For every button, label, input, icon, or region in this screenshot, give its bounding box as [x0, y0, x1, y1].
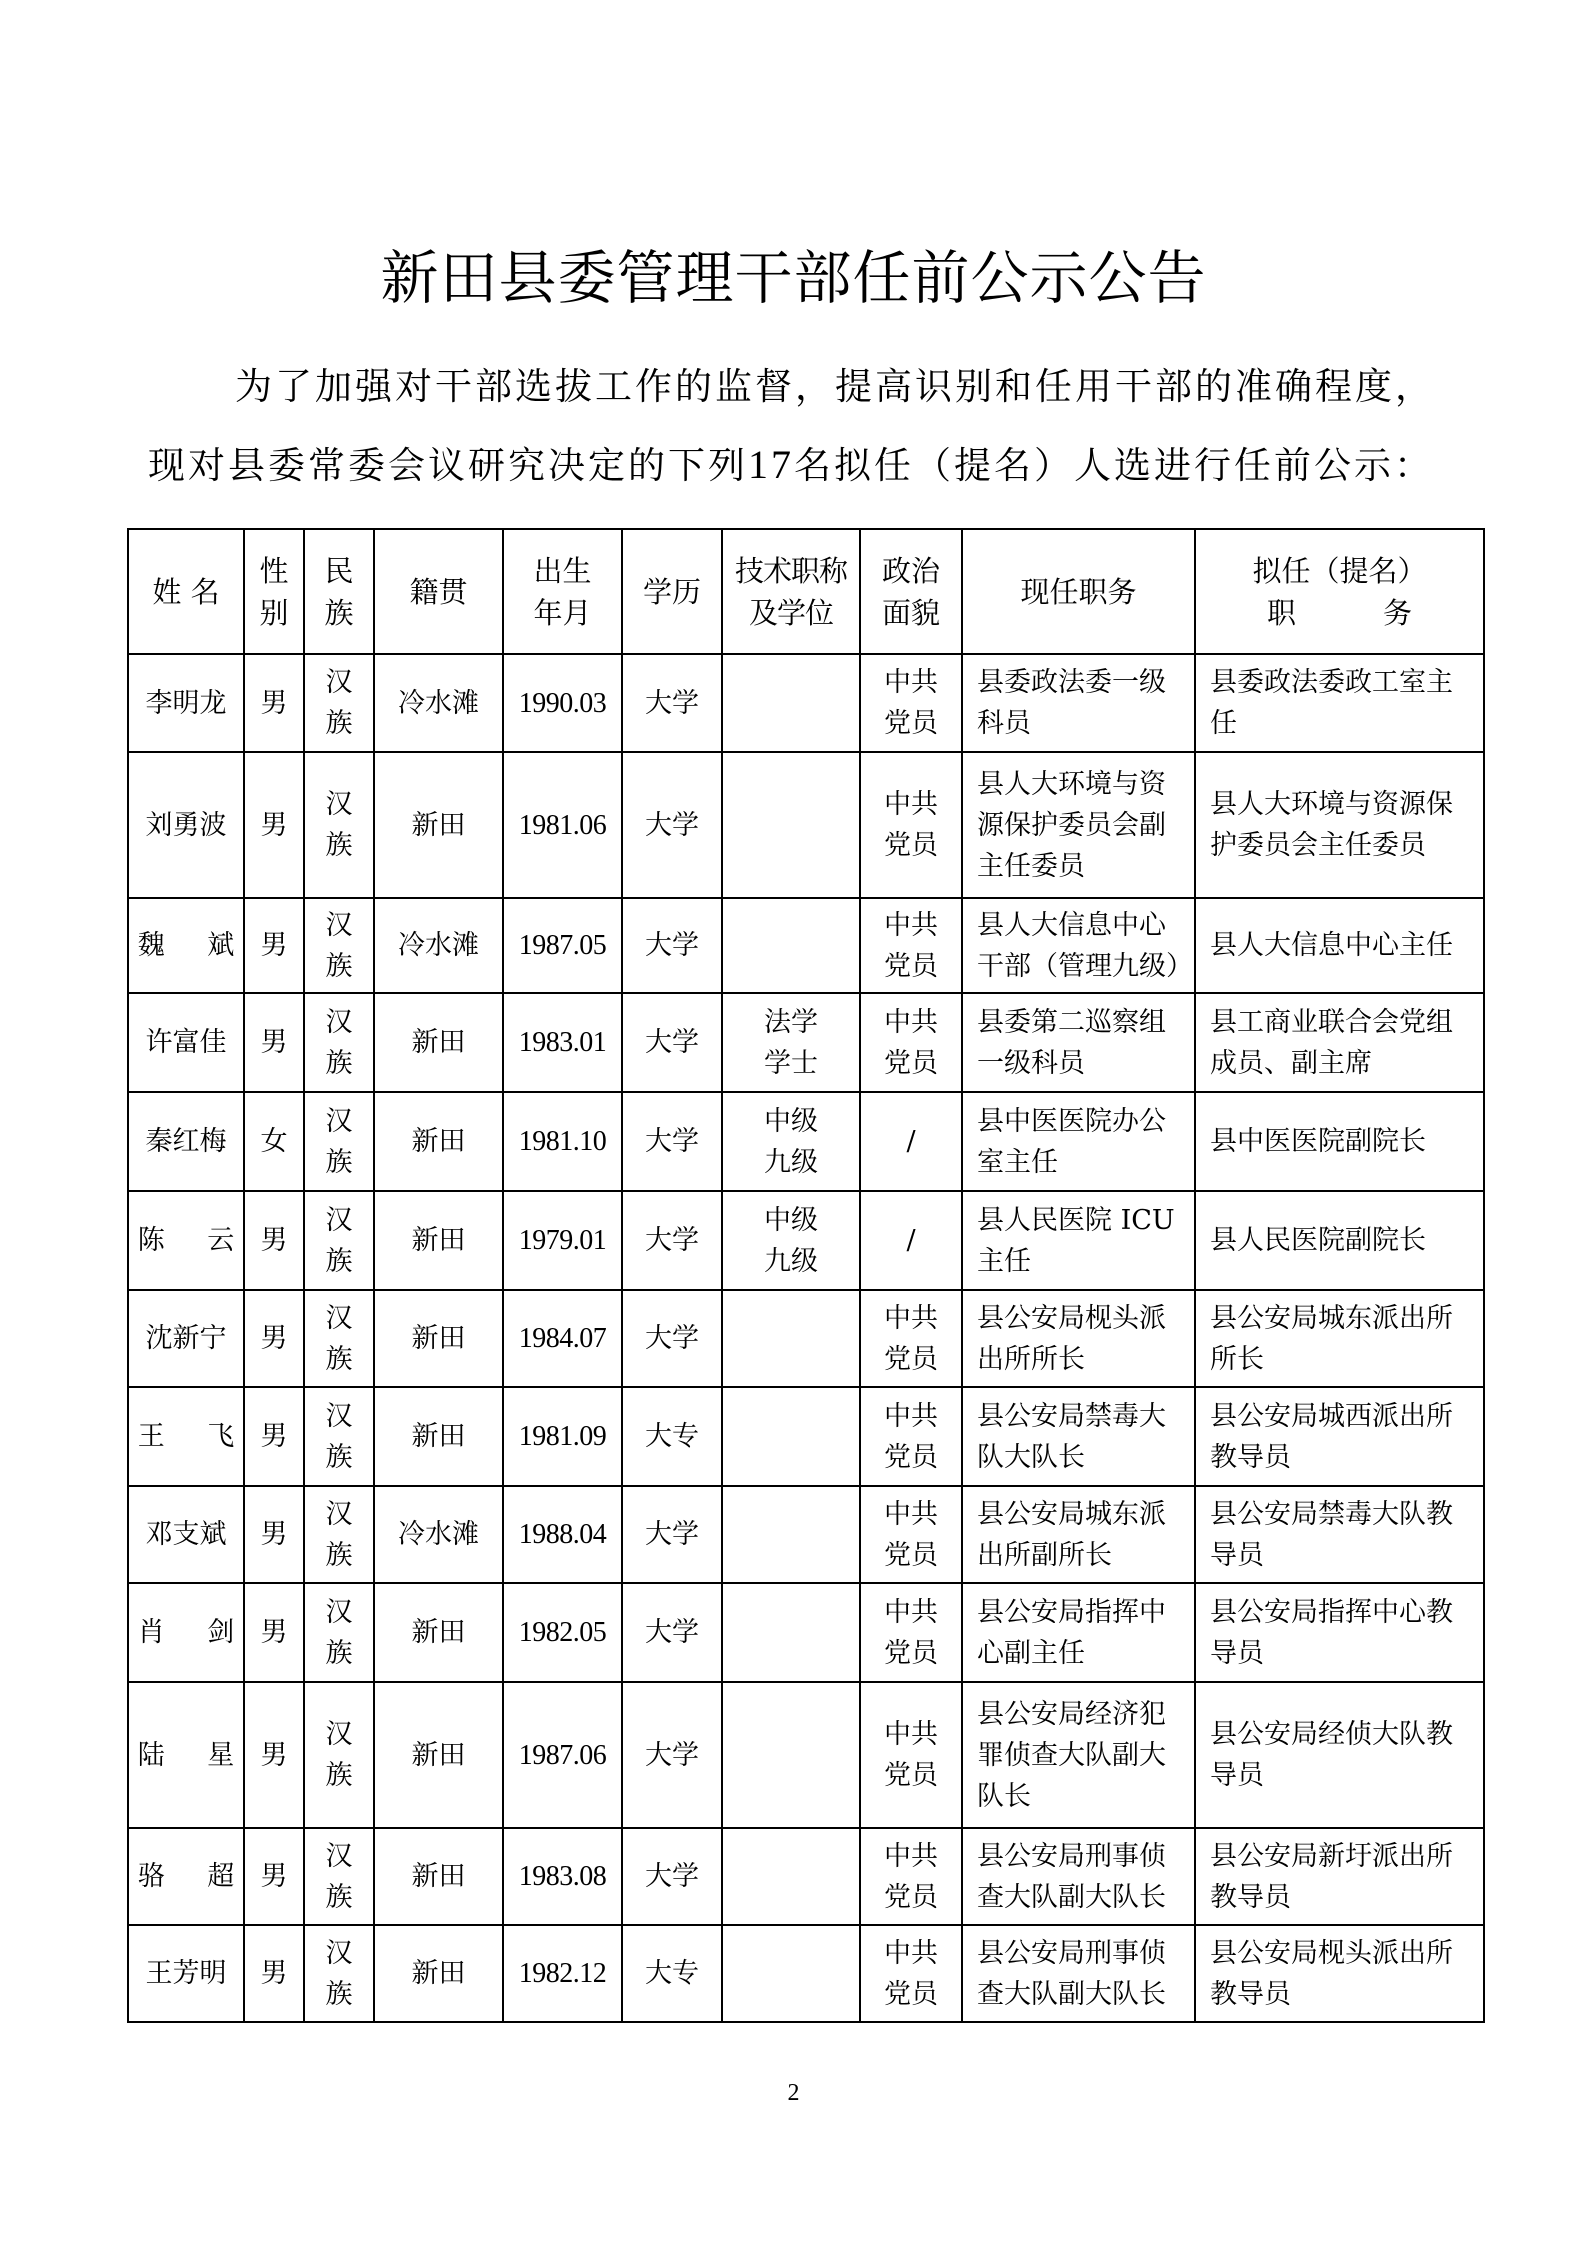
- cell-name: 邓支斌: [128, 1486, 244, 1583]
- cell-birth: 1987.06: [503, 1682, 622, 1828]
- cell-name: 陈 云: [128, 1191, 244, 1290]
- cell-title-degree: [722, 1290, 860, 1387]
- cell-political-status: 中共党员: [860, 1682, 962, 1828]
- header-political-status: 政治面貌: [860, 529, 962, 654]
- cell-name: 骆 超: [128, 1828, 244, 1925]
- cell-title-degree: [722, 752, 860, 898]
- cell-current-position: 县公安局枧头派出所所长: [962, 1290, 1195, 1387]
- cell-current-position: 县公安局经济犯罪侦查大队副大队长: [962, 1682, 1195, 1828]
- cell-name: 魏 斌: [128, 898, 244, 993]
- table-row: 魏 斌男汉族冷水滩1987.05大学中共党员县人大信息中心干部（管理九级）县人大…: [128, 898, 1484, 993]
- table-row: 骆 超男汉族新田1983.08大学中共党员县公安局刑事侦查大队副大队长县公安局新…: [128, 1828, 1484, 1925]
- cell-proposed-position: 县公安局指挥中心教导员: [1195, 1583, 1484, 1682]
- cell-gender: 男: [244, 898, 304, 993]
- cell-birth: 1984.07: [503, 1290, 622, 1387]
- cell-current-position: 县公安局城东派出所副所长: [962, 1486, 1195, 1583]
- cell-title-degree: [722, 898, 860, 993]
- cell-ethnicity: 汉族: [304, 993, 374, 1092]
- cell-name: 肖 剑: [128, 1583, 244, 1682]
- cell-gender: 男: [244, 993, 304, 1092]
- cell-birth: 1981.06: [503, 752, 622, 898]
- intro-prefix: 现对县委常委会议研究决定的下列: [148, 444, 748, 487]
- cell-native-place: 新田: [374, 1092, 503, 1191]
- table-row: 李明龙男汉族冷水滩1990.03大学中共党员县委政法委一级科员县委政法委政工室主…: [128, 654, 1484, 752]
- cell-title-degree: 法学学士: [722, 993, 860, 1092]
- cell-birth: 1983.01: [503, 993, 622, 1092]
- cell-name: 许富佳: [128, 993, 244, 1092]
- candidate-table: 姓 名 性别 民族 籍贯 出生年月 学历 技术职称及学位 政治面貌 现任职务 拟…: [127, 528, 1485, 2023]
- cell-proposed-position: 县工商业联合会党组成员、副主席: [1195, 993, 1484, 1092]
- cell-education: 大学: [622, 1486, 722, 1583]
- cell-gender: 男: [244, 1583, 304, 1682]
- cell-proposed-position: 县公安局枧头派出所教导员: [1195, 1925, 1484, 2022]
- cell-proposed-position: 县公安局城东派出所所长: [1195, 1290, 1484, 1387]
- cell-birth: 1990.03: [503, 654, 622, 752]
- cell-birth: 1987.05: [503, 898, 622, 993]
- cell-current-position: 县公安局指挥中心副主任: [962, 1583, 1195, 1682]
- cell-education: 大学: [622, 1191, 722, 1290]
- cell-gender: 男: [244, 654, 304, 752]
- table-header-row: 姓 名 性别 民族 籍贯 出生年月 学历 技术职称及学位 政治面貌 现任职务 拟…: [128, 529, 1484, 654]
- cell-gender: 男: [244, 1191, 304, 1290]
- cell-ethnicity: 汉族: [304, 1092, 374, 1191]
- cell-current-position: 县公安局刑事侦查大队副大队长: [962, 1925, 1195, 2022]
- header-gender: 性别: [244, 529, 304, 654]
- cell-birth: 1982.05: [503, 1583, 622, 1682]
- cell-education: 大专: [622, 1387, 722, 1486]
- cell-ethnicity: 汉族: [304, 1486, 374, 1583]
- table-row: 许富佳男汉族新田1983.01大学法学学士中共党员县委第二巡察组一级科员县工商业…: [128, 993, 1484, 1092]
- cell-education: 大专: [622, 1925, 722, 2022]
- cell-gender: 男: [244, 1387, 304, 1486]
- cell-proposed-position: 县人大信息中心主任: [1195, 898, 1484, 993]
- cell-proposed-position: 县人大环境与资源保护委员会主任委员: [1195, 752, 1484, 898]
- cell-native-place: 冷水滩: [374, 654, 503, 752]
- page-number: 2: [0, 2080, 1587, 2107]
- cell-name: 刘勇波: [128, 752, 244, 898]
- document-title: 新田县委管理干部任前公示公告: [0, 238, 1587, 318]
- cell-native-place: 冷水滩: [374, 898, 503, 993]
- cell-title-degree: [722, 1387, 860, 1486]
- header-title-degree: 技术职称及学位: [722, 529, 860, 654]
- cell-political-status: 中共党员: [860, 752, 962, 898]
- cell-ethnicity: 汉族: [304, 1387, 374, 1486]
- table-row: 邓支斌男汉族冷水滩1988.04大学中共党员县公安局城东派出所副所长县公安局禁毒…: [128, 1486, 1484, 1583]
- header-native-place: 籍贯: [374, 529, 503, 654]
- cell-native-place: 新田: [374, 993, 503, 1092]
- cell-gender: 男: [244, 1290, 304, 1387]
- cell-political-status: 中共党员: [860, 654, 962, 752]
- cell-ethnicity: 汉族: [304, 1290, 374, 1387]
- cell-native-place: 新田: [374, 1191, 503, 1290]
- table-row: 刘勇波男汉族新田1981.06大学中共党员县人大环境与资源保护委员会副主任委员县…: [128, 752, 1484, 898]
- cell-title-degree: [722, 1583, 860, 1682]
- cell-title-degree: 中级九级: [722, 1092, 860, 1191]
- cell-current-position: 县公安局刑事侦查大队副大队长: [962, 1828, 1195, 1925]
- cell-political-status: 中共党员: [860, 1486, 962, 1583]
- cell-proposed-position: 县公安局新圩派出所教导员: [1195, 1828, 1484, 1925]
- table-row: 王芳明男汉族新田1982.12大专中共党员县公安局刑事侦查大队副大队长县公安局枧…: [128, 1925, 1484, 2022]
- cell-proposed-position: 县人民医院副院长: [1195, 1191, 1484, 1290]
- cell-gender: 男: [244, 752, 304, 898]
- cell-current-position: 县人民医院 ICU 主任: [962, 1191, 1195, 1290]
- header-current-position: 现任职务: [962, 529, 1195, 654]
- cell-birth: 1988.04: [503, 1486, 622, 1583]
- cell-political-status: 中共党员: [860, 1583, 962, 1682]
- cell-name: 王芳明: [128, 1925, 244, 2022]
- intro-suffix: 名拟任（提名）人选进行任前公示：: [794, 444, 1434, 487]
- cell-ethnicity: 汉族: [304, 1925, 374, 2022]
- cell-ethnicity: 汉族: [304, 654, 374, 752]
- cell-title-degree: [722, 1682, 860, 1828]
- cell-education: 大学: [622, 654, 722, 752]
- cell-proposed-position: 县委政法委政工室主任: [1195, 654, 1484, 752]
- cell-political-status: /: [860, 1191, 962, 1290]
- cell-native-place: 新田: [374, 752, 503, 898]
- cell-title-degree: [722, 1828, 860, 1925]
- cell-ethnicity: 汉族: [304, 1682, 374, 1828]
- cell-proposed-position: 县公安局经侦大队教导员: [1195, 1682, 1484, 1828]
- cell-proposed-position: 县公安局禁毒大队教导员: [1195, 1486, 1484, 1583]
- cell-proposed-position: 县公安局城西派出所教导员: [1195, 1387, 1484, 1486]
- cell-current-position: 县公安局禁毒大队大队长: [962, 1387, 1195, 1486]
- intro-paragraph-line-1: 为了加强对干部选拔工作的监督，提高识别和任用干部的准确程度，: [235, 362, 1565, 412]
- cell-ethnicity: 汉族: [304, 1828, 374, 1925]
- cell-birth: 1983.08: [503, 1828, 622, 1925]
- cell-gender: 男: [244, 1486, 304, 1583]
- cell-gender: 男: [244, 1925, 304, 2022]
- cell-current-position: 县中医医院办公室主任: [962, 1092, 1195, 1191]
- cell-education: 大学: [622, 898, 722, 993]
- cell-birth: 1981.09: [503, 1387, 622, 1486]
- table-row: 陆 星男汉族新田1987.06大学中共党员县公安局经济犯罪侦查大队副大队长县公安…: [128, 1682, 1484, 1828]
- cell-native-place: 新田: [374, 1682, 503, 1828]
- header-name: 姓 名: [128, 529, 244, 654]
- cell-title-degree: [722, 1925, 860, 2022]
- cell-gender: 男: [244, 1682, 304, 1828]
- cell-political-status: 中共党员: [860, 1925, 962, 2022]
- cell-political-status: 中共党员: [860, 898, 962, 993]
- cell-native-place: 新田: [374, 1290, 503, 1387]
- table-row: 肖 剑男汉族新田1982.05大学中共党员县公安局指挥中心副主任县公安局指挥中心…: [128, 1583, 1484, 1682]
- cell-title-degree: [722, 1486, 860, 1583]
- cell-political-status: 中共党员: [860, 1290, 962, 1387]
- cell-education: 大学: [622, 993, 722, 1092]
- cell-ethnicity: 汉族: [304, 1583, 374, 1682]
- cell-current-position: 县委第二巡察组一级科员: [962, 993, 1195, 1092]
- cell-current-position: 县人大环境与资源保护委员会副主任委员: [962, 752, 1195, 898]
- cell-birth: 1979.01: [503, 1191, 622, 1290]
- table-row: 沈新宁男汉族新田1984.07大学中共党员县公安局枧头派出所所长县公安局城东派出…: [128, 1290, 1484, 1387]
- intro-paragraph-line-2: 现对县委常委会议研究决定的下列17名拟任（提名）人选进行任前公示：: [148, 440, 1478, 491]
- cell-education: 大学: [622, 1828, 722, 1925]
- cell-gender: 女: [244, 1092, 304, 1191]
- header-education: 学历: [622, 529, 722, 654]
- cell-native-place: 冷水滩: [374, 1486, 503, 1583]
- header-birth: 出生年月: [503, 529, 622, 654]
- cell-title-degree: [722, 654, 860, 752]
- cell-name: 李明龙: [128, 654, 244, 752]
- cell-education: 大学: [622, 1092, 722, 1191]
- cell-ethnicity: 汉族: [304, 898, 374, 993]
- header-proposed-position: 拟任（提名）职 务: [1195, 529, 1484, 654]
- table-row: 陈 云男汉族新田1979.01大学中级九级/县人民医院 ICU 主任县人民医院副…: [128, 1191, 1484, 1290]
- table-row: 秦红梅女汉族新田1981.10大学中级九级/县中医医院办公室主任县中医医院副院长: [128, 1092, 1484, 1191]
- table-row: 王 飞男汉族新田1981.09大专中共党员县公安局禁毒大队大队长县公安局城西派出…: [128, 1387, 1484, 1486]
- cell-name: 王 飞: [128, 1387, 244, 1486]
- cell-political-status: 中共党员: [860, 1387, 962, 1486]
- cell-education: 大学: [622, 1290, 722, 1387]
- cell-birth: 1981.10: [503, 1092, 622, 1191]
- cell-name: 陆 星: [128, 1682, 244, 1828]
- cell-education: 大学: [622, 1583, 722, 1682]
- candidate-count: 17: [748, 442, 794, 487]
- cell-education: 大学: [622, 752, 722, 898]
- header-ethnicity: 民族: [304, 529, 374, 654]
- cell-name: 沈新宁: [128, 1290, 244, 1387]
- cell-current-position: 县人大信息中心干部（管理九级）: [962, 898, 1195, 993]
- cell-political-status: /: [860, 1092, 962, 1191]
- cell-title-degree: 中级九级: [722, 1191, 860, 1290]
- cell-current-position: 县委政法委一级科员: [962, 654, 1195, 752]
- cell-native-place: 新田: [374, 1387, 503, 1486]
- cell-proposed-position: 县中医医院副院长: [1195, 1092, 1484, 1191]
- cell-political-status: 中共党员: [860, 993, 962, 1092]
- cell-birth: 1982.12: [503, 1925, 622, 2022]
- cell-native-place: 新田: [374, 1925, 503, 2022]
- cell-native-place: 新田: [374, 1828, 503, 1925]
- cell-native-place: 新田: [374, 1583, 503, 1682]
- cell-ethnicity: 汉族: [304, 752, 374, 898]
- cell-political-status: 中共党员: [860, 1828, 962, 1925]
- cell-ethnicity: 汉族: [304, 1191, 374, 1290]
- cell-education: 大学: [622, 1682, 722, 1828]
- cell-name: 秦红梅: [128, 1092, 244, 1191]
- cell-gender: 男: [244, 1828, 304, 1925]
